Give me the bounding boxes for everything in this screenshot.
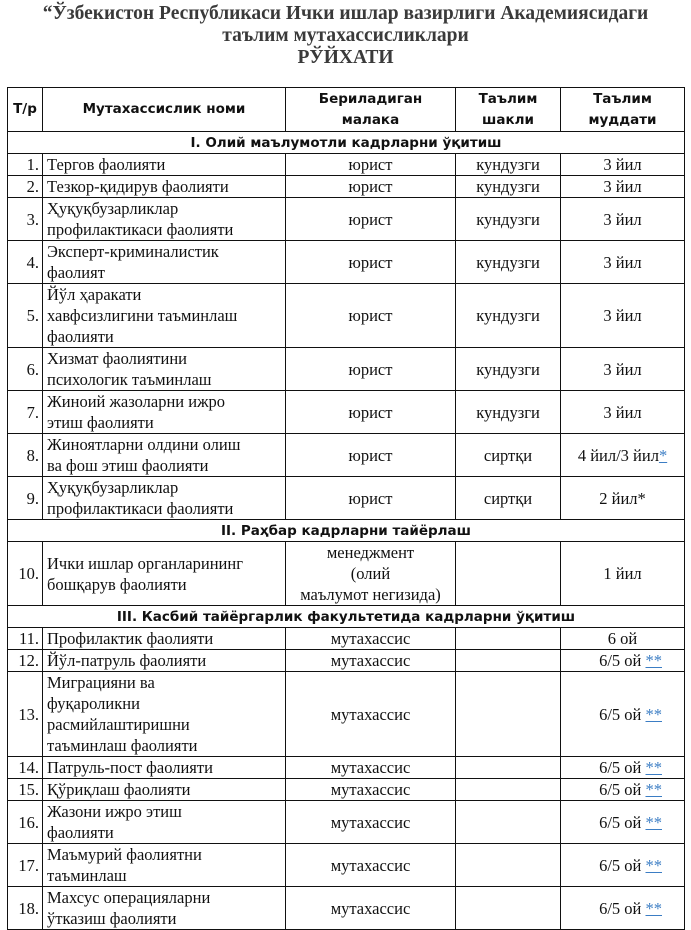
specialty-name: Қўриқлаш фаолияти <box>43 779 286 801</box>
table-row: 9.Ҳуқуқбузарликларпрофилактикаси фаолият… <box>8 477 685 520</box>
study-duration: 2 йил* <box>561 477 685 520</box>
specialty-name: Ички ишлар органларинингбошқарув фаолият… <box>43 542 286 606</box>
study-form: кундузги <box>456 241 561 284</box>
table-row: 2.Тезкор-қидирув фаолиятиюристкундузги3 … <box>8 176 685 198</box>
study-duration: 6 ой <box>561 628 685 650</box>
specialty-name: Эксперт-криминалистикфаолият <box>43 241 286 284</box>
specialty-name: Ҳуқуқбузарликларпрофилактикаси фаолияти <box>43 477 286 520</box>
column-header-form: Таълимшакли <box>456 88 561 132</box>
qualification: юрист <box>286 391 456 434</box>
section-title: II. Раҳбар кадрларни тайёрлаш <box>8 520 685 542</box>
study-duration: 6/5 ой ** <box>561 887 685 930</box>
table-row: 10.Ички ишлар органларинингбошқарув фаол… <box>8 542 685 606</box>
study-duration: 3 йил <box>561 154 685 176</box>
row-number: 18. <box>8 887 43 930</box>
footnote-link[interactable]: ** <box>646 899 663 918</box>
row-number: 16. <box>8 801 43 844</box>
table-row: 11.Профилактик фаолиятимутахассис6 ой <box>8 628 685 650</box>
row-number: 8. <box>8 434 43 477</box>
row-number: 1. <box>8 154 43 176</box>
column-header-qualification: Бериладиганмалака <box>286 88 456 132</box>
specialty-name: Ҳуқуқбузарликларпрофилактикаси фаолияти <box>43 198 286 241</box>
row-number: 14. <box>8 757 43 779</box>
study-form <box>456 672 561 757</box>
study-form <box>456 801 561 844</box>
footnote-link[interactable]: ** <box>646 758 663 777</box>
specialty-name: Профилактик фаолияти <box>43 628 286 650</box>
table-row: 5.Йўл ҳаракатихавфсизлигини таъминлашфао… <box>8 284 685 348</box>
study-duration: 3 йил <box>561 198 685 241</box>
study-duration: 6/5 ой ** <box>561 757 685 779</box>
study-form <box>456 542 561 606</box>
table-row: 18.Махсус операцияларниўтказиш фаолиятим… <box>8 887 685 930</box>
table-row: 17.Маъмурий фаолиятнитаъминлашмутахассис… <box>8 844 685 887</box>
footnote-link[interactable]: ** <box>646 651 663 670</box>
study-form <box>456 757 561 779</box>
qualification: мутахассис <box>286 887 456 930</box>
study-form: кундузги <box>456 284 561 348</box>
section-header-row: III. Касбий тайёргарлик факультетида кад… <box>8 606 685 628</box>
study-form: сиртқи <box>456 477 561 520</box>
study-duration: 3 йил <box>561 348 685 391</box>
footnote-link[interactable]: ** <box>646 856 663 875</box>
study-form: кундузги <box>456 348 561 391</box>
row-number: 9. <box>8 477 43 520</box>
qualification: мутахассис <box>286 844 456 887</box>
study-duration: 4 йил/3 йил* <box>561 434 685 477</box>
column-header-specialty: Мутахассислик номи <box>43 88 286 132</box>
specialty-name: Миграцияни вафуқароликнирасмийлаштиришни… <box>43 672 286 757</box>
qualification: юрист <box>286 434 456 477</box>
row-number: 10. <box>8 542 43 606</box>
qualification: юрист <box>286 176 456 198</box>
study-form <box>456 887 561 930</box>
footnote-link[interactable]: ** <box>646 813 663 832</box>
qualification: мутахассис <box>286 757 456 779</box>
row-number: 4. <box>8 241 43 284</box>
study-form: кундузги <box>456 176 561 198</box>
specialty-name: Тезкор-қидирув фаолияти <box>43 176 286 198</box>
study-form <box>456 779 561 801</box>
specialty-name: Патруль-пост фаолияти <box>43 757 286 779</box>
table-row: 16.Жазони ижро этишфаолиятимутахассис6/5… <box>8 801 685 844</box>
qualification: мутахассис <box>286 628 456 650</box>
column-header-number: Т/р <box>8 88 43 132</box>
row-number: 5. <box>8 284 43 348</box>
table-body: I. Олий маълумотли кадрларни ўқитиш1.Тер… <box>8 132 685 930</box>
row-number: 11. <box>8 628 43 650</box>
column-header-duration: Таълиммуддати <box>561 88 685 132</box>
specialty-name: Йўл ҳаракатихавфсизлигини таъминлашфаоли… <box>43 284 286 348</box>
study-duration: 6/5 ой ** <box>561 672 685 757</box>
study-form: кундузги <box>456 198 561 241</box>
row-number: 7. <box>8 391 43 434</box>
footnote-link[interactable]: ** <box>646 705 663 724</box>
row-number: 17. <box>8 844 43 887</box>
table-row: 12.Йўл-патруль фаолиятимутахассис6/5 ой … <box>8 650 685 672</box>
table-row: 14.Патруль-пост фаолиятимутахассис6/5 ой… <box>8 757 685 779</box>
table-row: 15.Қўриқлаш фаолиятимутахассис6/5 ой ** <box>8 779 685 801</box>
row-number: 2. <box>8 176 43 198</box>
qualification: менеджмент(олиймаълумот негизида) <box>286 542 456 606</box>
table-header-row: Т/рМутахассислик номиБериладиганмалакаТа… <box>8 88 685 132</box>
specialty-name: Тергов фаолияти <box>43 154 286 176</box>
qualification: мутахассис <box>286 801 456 844</box>
table-row: 1.Тергов фаолиятиюристкундузги3 йил <box>8 154 685 176</box>
table-row: 8.Жиноятларни олдини олишва фош этиш фао… <box>8 434 685 477</box>
study-duration: 6/5 ой ** <box>561 650 685 672</box>
specialty-name: Жиноятларни олдини олишва фош этиш фаоли… <box>43 434 286 477</box>
specialties-table: Т/рМутахассислик номиБериладиганмалакаТа… <box>7 87 685 930</box>
study-duration: 3 йил <box>561 284 685 348</box>
study-form <box>456 650 561 672</box>
specialty-name: Хизмат фаолиятинипсихологик таъминлаш <box>43 348 286 391</box>
row-number: 15. <box>8 779 43 801</box>
study-duration: 6/5 ой ** <box>561 779 685 801</box>
document-title-line-2: таълим мутахассисликлари <box>0 25 691 47</box>
specialty-name: Махсус операцияларниўтказиш фаолияти <box>43 887 286 930</box>
row-number: 13. <box>8 672 43 757</box>
qualification: юрист <box>286 241 456 284</box>
specialty-name: Маъмурий фаолиятнитаъминлаш <box>43 844 286 887</box>
section-header-row: II. Раҳбар кадрларни тайёрлаш <box>8 520 685 542</box>
row-number: 12. <box>8 650 43 672</box>
document-title-line-3: РЎЙХАТИ <box>0 46 691 70</box>
study-duration: 6/5 ой ** <box>561 844 685 887</box>
qualification: юрист <box>286 154 456 176</box>
study-duration: 3 йил <box>561 241 685 284</box>
specialty-name: Жазони ижро этишфаолияти <box>43 801 286 844</box>
table-row: 7.Жиноий жазоларни ижроэтиш фаолиятиюрис… <box>8 391 685 434</box>
study-form <box>456 844 561 887</box>
section-header-row: I. Олий маълумотли кадрларни ўқитиш <box>8 132 685 154</box>
study-duration: 1 йил <box>561 542 685 606</box>
table-row: 4.Эксперт-криминалистикфаолиятюристкунду… <box>8 241 685 284</box>
study-duration: 3 йил <box>561 391 685 434</box>
specialty-name: Жиноий жазоларни ижроэтиш фаолияти <box>43 391 286 434</box>
section-title: III. Касбий тайёргарлик факультетида кад… <box>8 606 685 628</box>
specialty-name: Йўл-патруль фаолияти <box>43 650 286 672</box>
study-form <box>456 628 561 650</box>
study-form: сиртқи <box>456 434 561 477</box>
qualification: юрист <box>286 198 456 241</box>
footnote-link[interactable]: ** <box>646 780 663 799</box>
section-title: I. Олий маълумотли кадрларни ўқитиш <box>8 132 685 154</box>
table-row: 6.Хизмат фаолиятинипсихологик таъминлашю… <box>8 348 685 391</box>
study-duration: 3 йил <box>561 176 685 198</box>
table-row: 3.Ҳуқуқбузарликларпрофилактикаси фаолият… <box>8 198 685 241</box>
qualification: юрист <box>286 284 456 348</box>
qualification: мутахассис <box>286 650 456 672</box>
table-row: 13.Миграцияни вафуқароликнирасмийлаштири… <box>8 672 685 757</box>
study-duration: 6/5 ой ** <box>561 801 685 844</box>
qualification: мутахассис <box>286 672 456 757</box>
footnote-link[interactable]: * <box>659 446 667 465</box>
qualification: юрист <box>286 477 456 520</box>
study-form: кундузги <box>456 391 561 434</box>
study-form: кундузги <box>456 154 561 176</box>
row-number: 3. <box>8 198 43 241</box>
qualification: юрист <box>286 348 456 391</box>
row-number: 6. <box>8 348 43 391</box>
document-title-line-1: “Ўзбекистон Республикаси Ички ишлар вази… <box>0 2 691 26</box>
qualification: мутахассис <box>286 779 456 801</box>
